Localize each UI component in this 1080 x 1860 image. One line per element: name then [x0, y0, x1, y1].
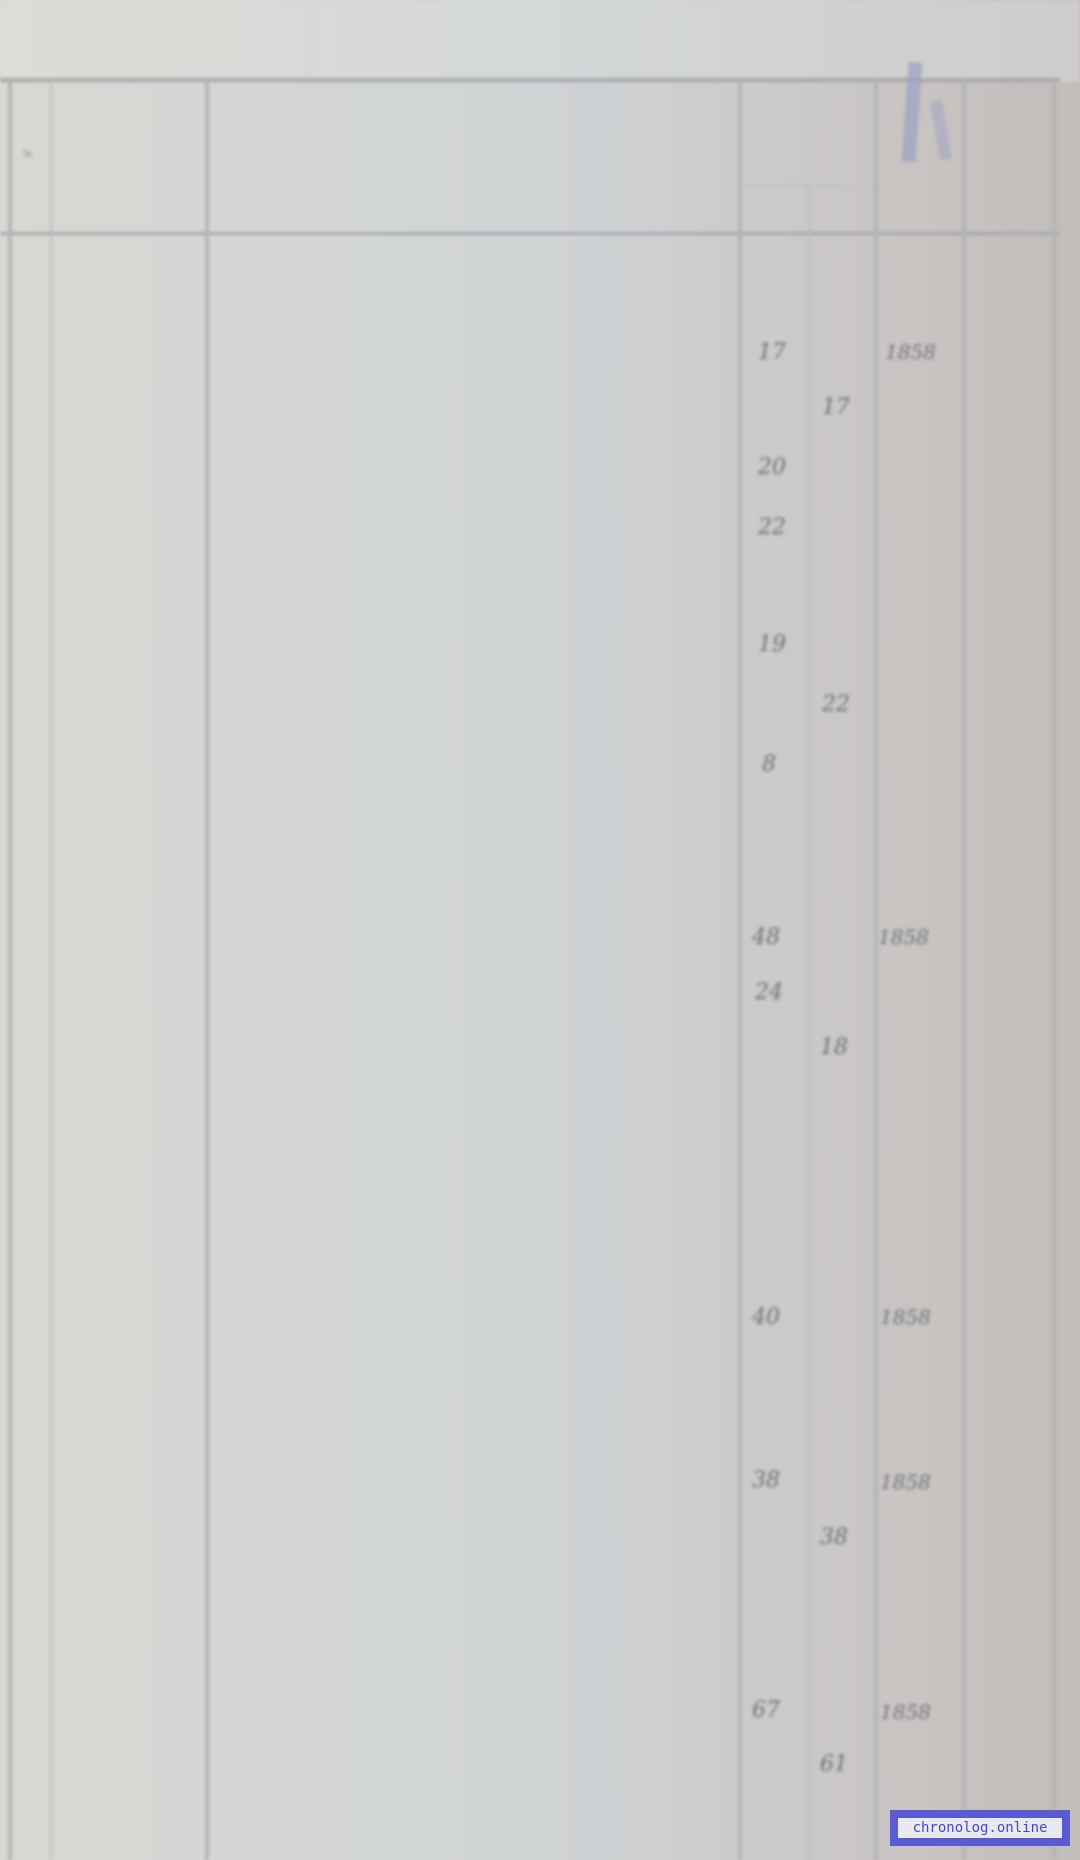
col-rule-left [8, 80, 12, 1860]
age-male: 24 [755, 980, 783, 1005]
col-rule-origin [205, 80, 209, 1860]
age-female: 17 [822, 395, 850, 420]
year: 1858 [885, 340, 936, 364]
age-female: 22 [822, 692, 850, 717]
age-male: 48 [752, 925, 780, 950]
ink-stamp-mark [930, 99, 952, 160]
year: 1858 [880, 1305, 931, 1329]
age-male: 40 [752, 1305, 780, 1330]
watermark-text: chronolog.online [898, 1818, 1062, 1838]
age-female: 61 [820, 1752, 848, 1777]
col-rule-right [1052, 80, 1056, 1860]
year: 1858 [880, 1700, 931, 1724]
age-female: 18 [820, 1035, 848, 1060]
ledger-page: № 17 1858 17 20 22 19 22 8 48 1858 24 18… [0, 0, 1080, 1860]
age-male: 22 [758, 515, 786, 540]
age-male: 20 [758, 455, 786, 480]
age-male: 38 [752, 1468, 780, 1493]
col-rule-age-mid [808, 185, 810, 1860]
col-rule-names [738, 80, 742, 1860]
age-male: 67 [752, 1698, 780, 1723]
header-bottom-rule [0, 232, 1060, 235]
col-rule-age-right [874, 80, 878, 1860]
age-male: 17 [758, 340, 786, 365]
table-top-rule [0, 78, 1060, 82]
year: 1858 [880, 1470, 931, 1494]
age-male: 19 [758, 632, 786, 657]
age-female: 38 [820, 1525, 848, 1550]
header-number: № [22, 100, 33, 210]
col-rule-year [962, 80, 966, 1860]
col-rule-number [50, 80, 52, 1860]
age-male: 8 [762, 752, 776, 777]
watermark-badge: chronolog.online [890, 1810, 1070, 1846]
year: 1858 [878, 925, 929, 949]
